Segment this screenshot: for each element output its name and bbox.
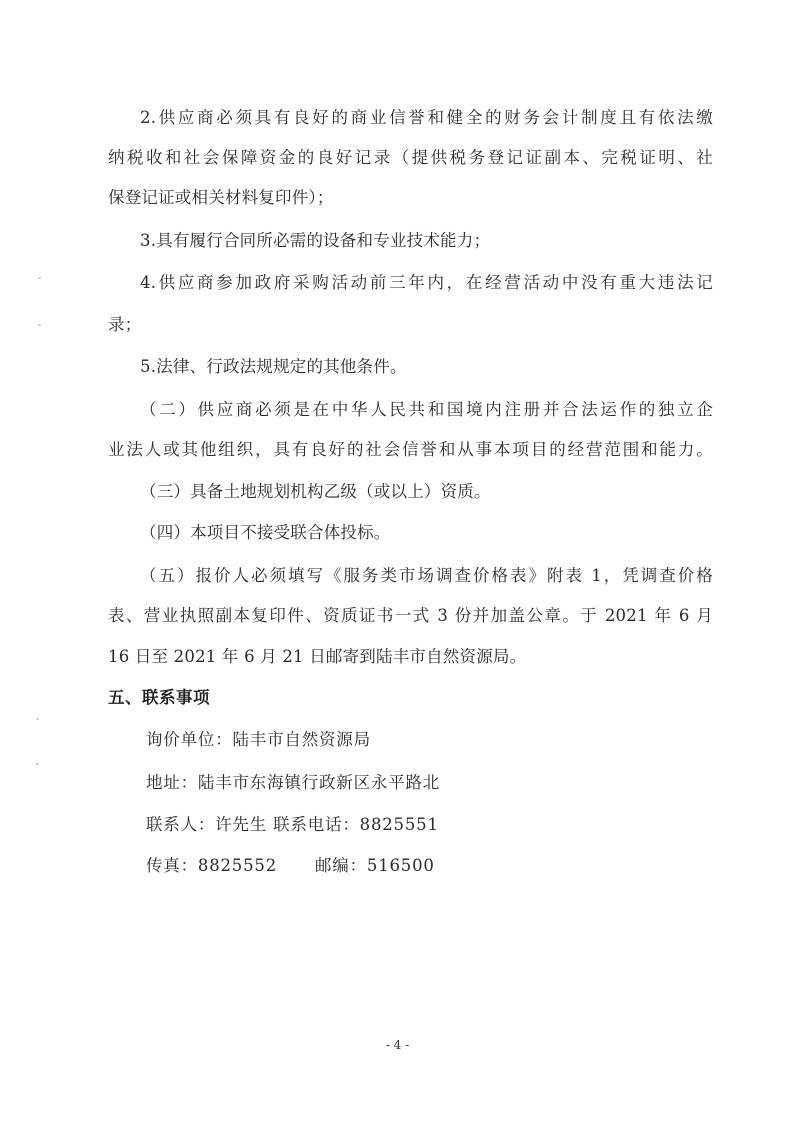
scan-artifact bbox=[38, 277, 41, 279]
contact-person-label: 联系人： bbox=[146, 815, 215, 834]
contact-fax-value: 8825552 bbox=[198, 856, 277, 875]
page-number: - 4 - bbox=[0, 1038, 795, 1052]
paragraph-line: 3.具有履行合同所必需的设备和专业技术能力； bbox=[140, 229, 745, 253]
contact-unit-value: 陆丰市自然资源局 bbox=[233, 730, 371, 749]
paragraph-line: 纳税收和社会保障资金的良好记录（提供税务登记证副本、完税证明、社 bbox=[108, 146, 713, 170]
paragraph-line: 保登记证或相关材料复印件）； bbox=[108, 186, 713, 210]
contact-person-phone: 联系人：许先生 联系电话：8825551 bbox=[146, 813, 751, 837]
contact-postcode-value: 516500 bbox=[367, 856, 435, 875]
section-heading: 五、联系事项 bbox=[108, 686, 713, 710]
paragraph-line: 5.法律、行政法规规定的其他条件。 bbox=[140, 355, 745, 379]
scan-artifact bbox=[36, 718, 39, 720]
paragraph-line: 业法人或其他组织，具有良好的社会信誉和从事本项目的经营范围和能力。 bbox=[108, 438, 713, 462]
contact-phone-value: 8825551 bbox=[360, 815, 439, 834]
paragraph-line: 表、营业执照副本复印件、资质证书一式 3 份并加盖公章。于 2021 年 6 月 bbox=[108, 604, 713, 628]
contact-person-value: 许先生 bbox=[215, 815, 267, 834]
paragraph-line: （五）报价人必须填写《服务类市场调查价格表》附表 1，凭调查价格 bbox=[140, 564, 713, 588]
scan-artifact bbox=[36, 763, 39, 765]
paragraph-line: 录； bbox=[108, 313, 713, 337]
contact-unit-label: 询价单位： bbox=[146, 730, 233, 749]
paragraph-line: 4.供应商参加政府采购活动前三年内，在经营活动中没有重大违法记 bbox=[140, 271, 713, 295]
contact-postcode-label: 邮编： bbox=[315, 856, 367, 875]
paragraph-line: （三）具备土地规划机构乙级（或以上）资质。 bbox=[140, 480, 745, 504]
contact-unit: 询价单位：陆丰市自然资源局 bbox=[146, 728, 751, 752]
contact-fax-postcode: 传真：8825552邮编：516500 bbox=[146, 854, 751, 878]
paragraph-line: （二）供应商必须是在中华人民共和国境内注册并合法运作的独立企 bbox=[140, 398, 713, 422]
document-page: 2.供应商必须具有良好的商业信誉和健全的财务会计制度且有依法缴 纳税收和社会保障… bbox=[0, 0, 795, 1123]
paragraph-line: 2.供应商必须具有良好的商业信誉和健全的财务会计制度且有依法缴 bbox=[140, 106, 713, 130]
paragraph-line: （四）本项目不接受联合体投标。 bbox=[140, 521, 745, 545]
contact-fax-label: 传真： bbox=[146, 856, 198, 875]
contact-phone-label: 联系电话： bbox=[273, 815, 360, 834]
paragraph-line: 16 日至 2021 年 6 月 21 日邮寄到陆丰市自然资源局。 bbox=[108, 645, 713, 669]
contact-address-value: 陆丰市东海镇行政新区永平路北 bbox=[198, 773, 440, 792]
contact-address: 地址：陆丰市东海镇行政新区永平路北 bbox=[146, 771, 751, 795]
scan-artifact bbox=[38, 324, 41, 326]
contact-address-label: 地址： bbox=[146, 773, 198, 792]
